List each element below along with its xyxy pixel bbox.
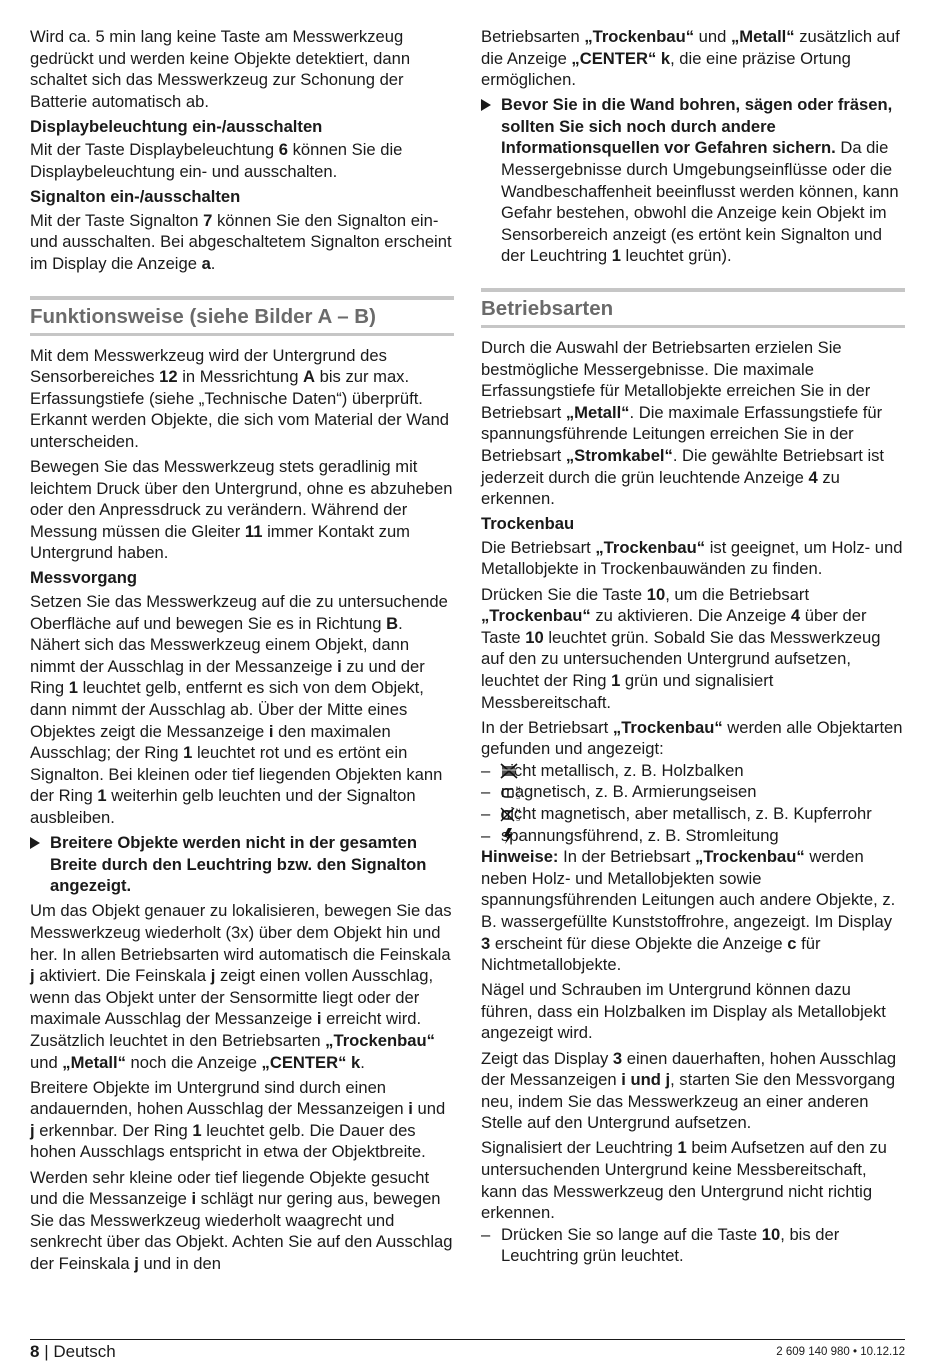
- drywall-paragraph-1: Die Betriebsart „Trockenbau“ ist geeigne…: [481, 537, 905, 580]
- non-metal-icon: [499, 763, 525, 779]
- heading-rule: [481, 325, 905, 328]
- magnetic-icon: NS: [499, 784, 525, 800]
- warning-wide-objects: Breitere Objekte werden nicht in der ges…: [30, 832, 454, 897]
- auto-off-paragraph: Wird ca. 5 min lang keine Taste am Messw…: [30, 26, 454, 112]
- drywall-paragraph-3: In der Betriebsart „Trockenbau“ werden a…: [481, 717, 905, 760]
- non-magnetic-metal-icon: NS: [499, 806, 525, 822]
- heading-rule: [30, 333, 454, 336]
- localize-paragraph: Um das Objekt genauer zu lokalisieren, b…: [30, 900, 454, 1073]
- section-title: Funktionsweise (siehe Bilder A – B): [30, 300, 454, 333]
- list-item: – Drücken Sie so lange auf die Taste 10,…: [481, 1224, 905, 1267]
- wide-objects-paragraph: Breitere Objekte im Untergrund sind durc…: [30, 1077, 454, 1163]
- drywall-paragraph-2: Drücken Sie die Taste 10, um die Betrieb…: [481, 584, 905, 714]
- list-item: – NS nicht magnetisch, aber metallisch, …: [481, 803, 905, 825]
- warning-drilling: Bevor Sie in die Wand bohren, sägen oder…: [481, 94, 905, 267]
- section-title: Betriebsarten: [481, 292, 905, 325]
- function-paragraph-2: Bewegen Sie das Messwerkzeug stets gerad…: [30, 456, 454, 564]
- small-objects-paragraph: Werden sehr kleine oder tief liegende Ob…: [30, 1167, 454, 1275]
- display-light-paragraph: Mit der Taste Displaybeleuchtung 6 könne…: [30, 139, 454, 182]
- svg-text:N: N: [516, 787, 520, 793]
- object-type-list: – nicht metallisch, z. B. Holzbalken – N…: [481, 760, 905, 846]
- list-item: – NS magnetisch, z. B. Armierungseisen: [481, 781, 905, 803]
- nails-paragraph: Nägel und Schrauben im Untergrund können…: [481, 979, 905, 1044]
- notes-paragraph: Hinweise: In der Betriebsart „Trockenbau…: [481, 846, 905, 976]
- display-light-heading: Displaybeleuchtung ein-/ausschalten: [30, 116, 454, 138]
- signal-tone-paragraph: Mit der Taste Signalton 7 können Sie den…: [30, 210, 454, 275]
- ring-paragraph: Signalisiert der Leuchtring 1 beim Aufse…: [481, 1137, 905, 1223]
- drywall-heading: Trockenbau: [481, 513, 905, 535]
- svg-text:S: S: [516, 795, 520, 800]
- right-column: Betriebsarten „Trockenbau“ und „Metall“ …: [481, 26, 905, 1267]
- warning-triangle-icon: [481, 99, 491, 111]
- restart-paragraph: Zeigt das Display 3 einen dauerhaften, h…: [481, 1048, 905, 1134]
- warning-triangle-icon: [30, 837, 40, 849]
- modes-paragraph: Durch die Auswahl der Betriebsarten erzi…: [481, 337, 905, 510]
- center-continuation-paragraph: Betriebsarten „Trockenbau“ und „Metall“ …: [481, 26, 905, 91]
- signal-tone-heading: Signalton ein-/ausschalten: [30, 186, 454, 208]
- page-footer: 8 | Deutsch 2 609 140 980 • 10.12.12: [30, 1339, 905, 1340]
- live-wire-icon: [499, 828, 525, 844]
- svg-text:S: S: [516, 817, 520, 822]
- page-number-label: 8 | Deutsch: [30, 1342, 116, 1362]
- section-heading-function: Funktionsweise (siehe Bilder A – B): [30, 296, 454, 336]
- measuring-heading: Messvorgang: [30, 567, 454, 589]
- measuring-paragraph: Setzen Sie das Messwerkzeug auf die zu u…: [30, 591, 454, 829]
- step-list: – Drücken Sie so lange auf die Taste 10,…: [481, 1224, 905, 1267]
- list-item: – nicht metallisch, z. B. Holzbalken: [481, 760, 905, 782]
- section-heading-modes: Betriebsarten: [481, 288, 905, 328]
- list-item: – spannungsführend, z. B. Stromleitung: [481, 825, 905, 847]
- function-paragraph-1: Mit dem Messwerkzeug wird der Untergrund…: [30, 345, 454, 453]
- document-code: 2 609 140 980 • 10.12.12: [776, 1346, 905, 1358]
- left-column: Wird ca. 5 min lang keine Taste am Messw…: [30, 26, 454, 1278]
- svg-text:N: N: [516, 809, 520, 815]
